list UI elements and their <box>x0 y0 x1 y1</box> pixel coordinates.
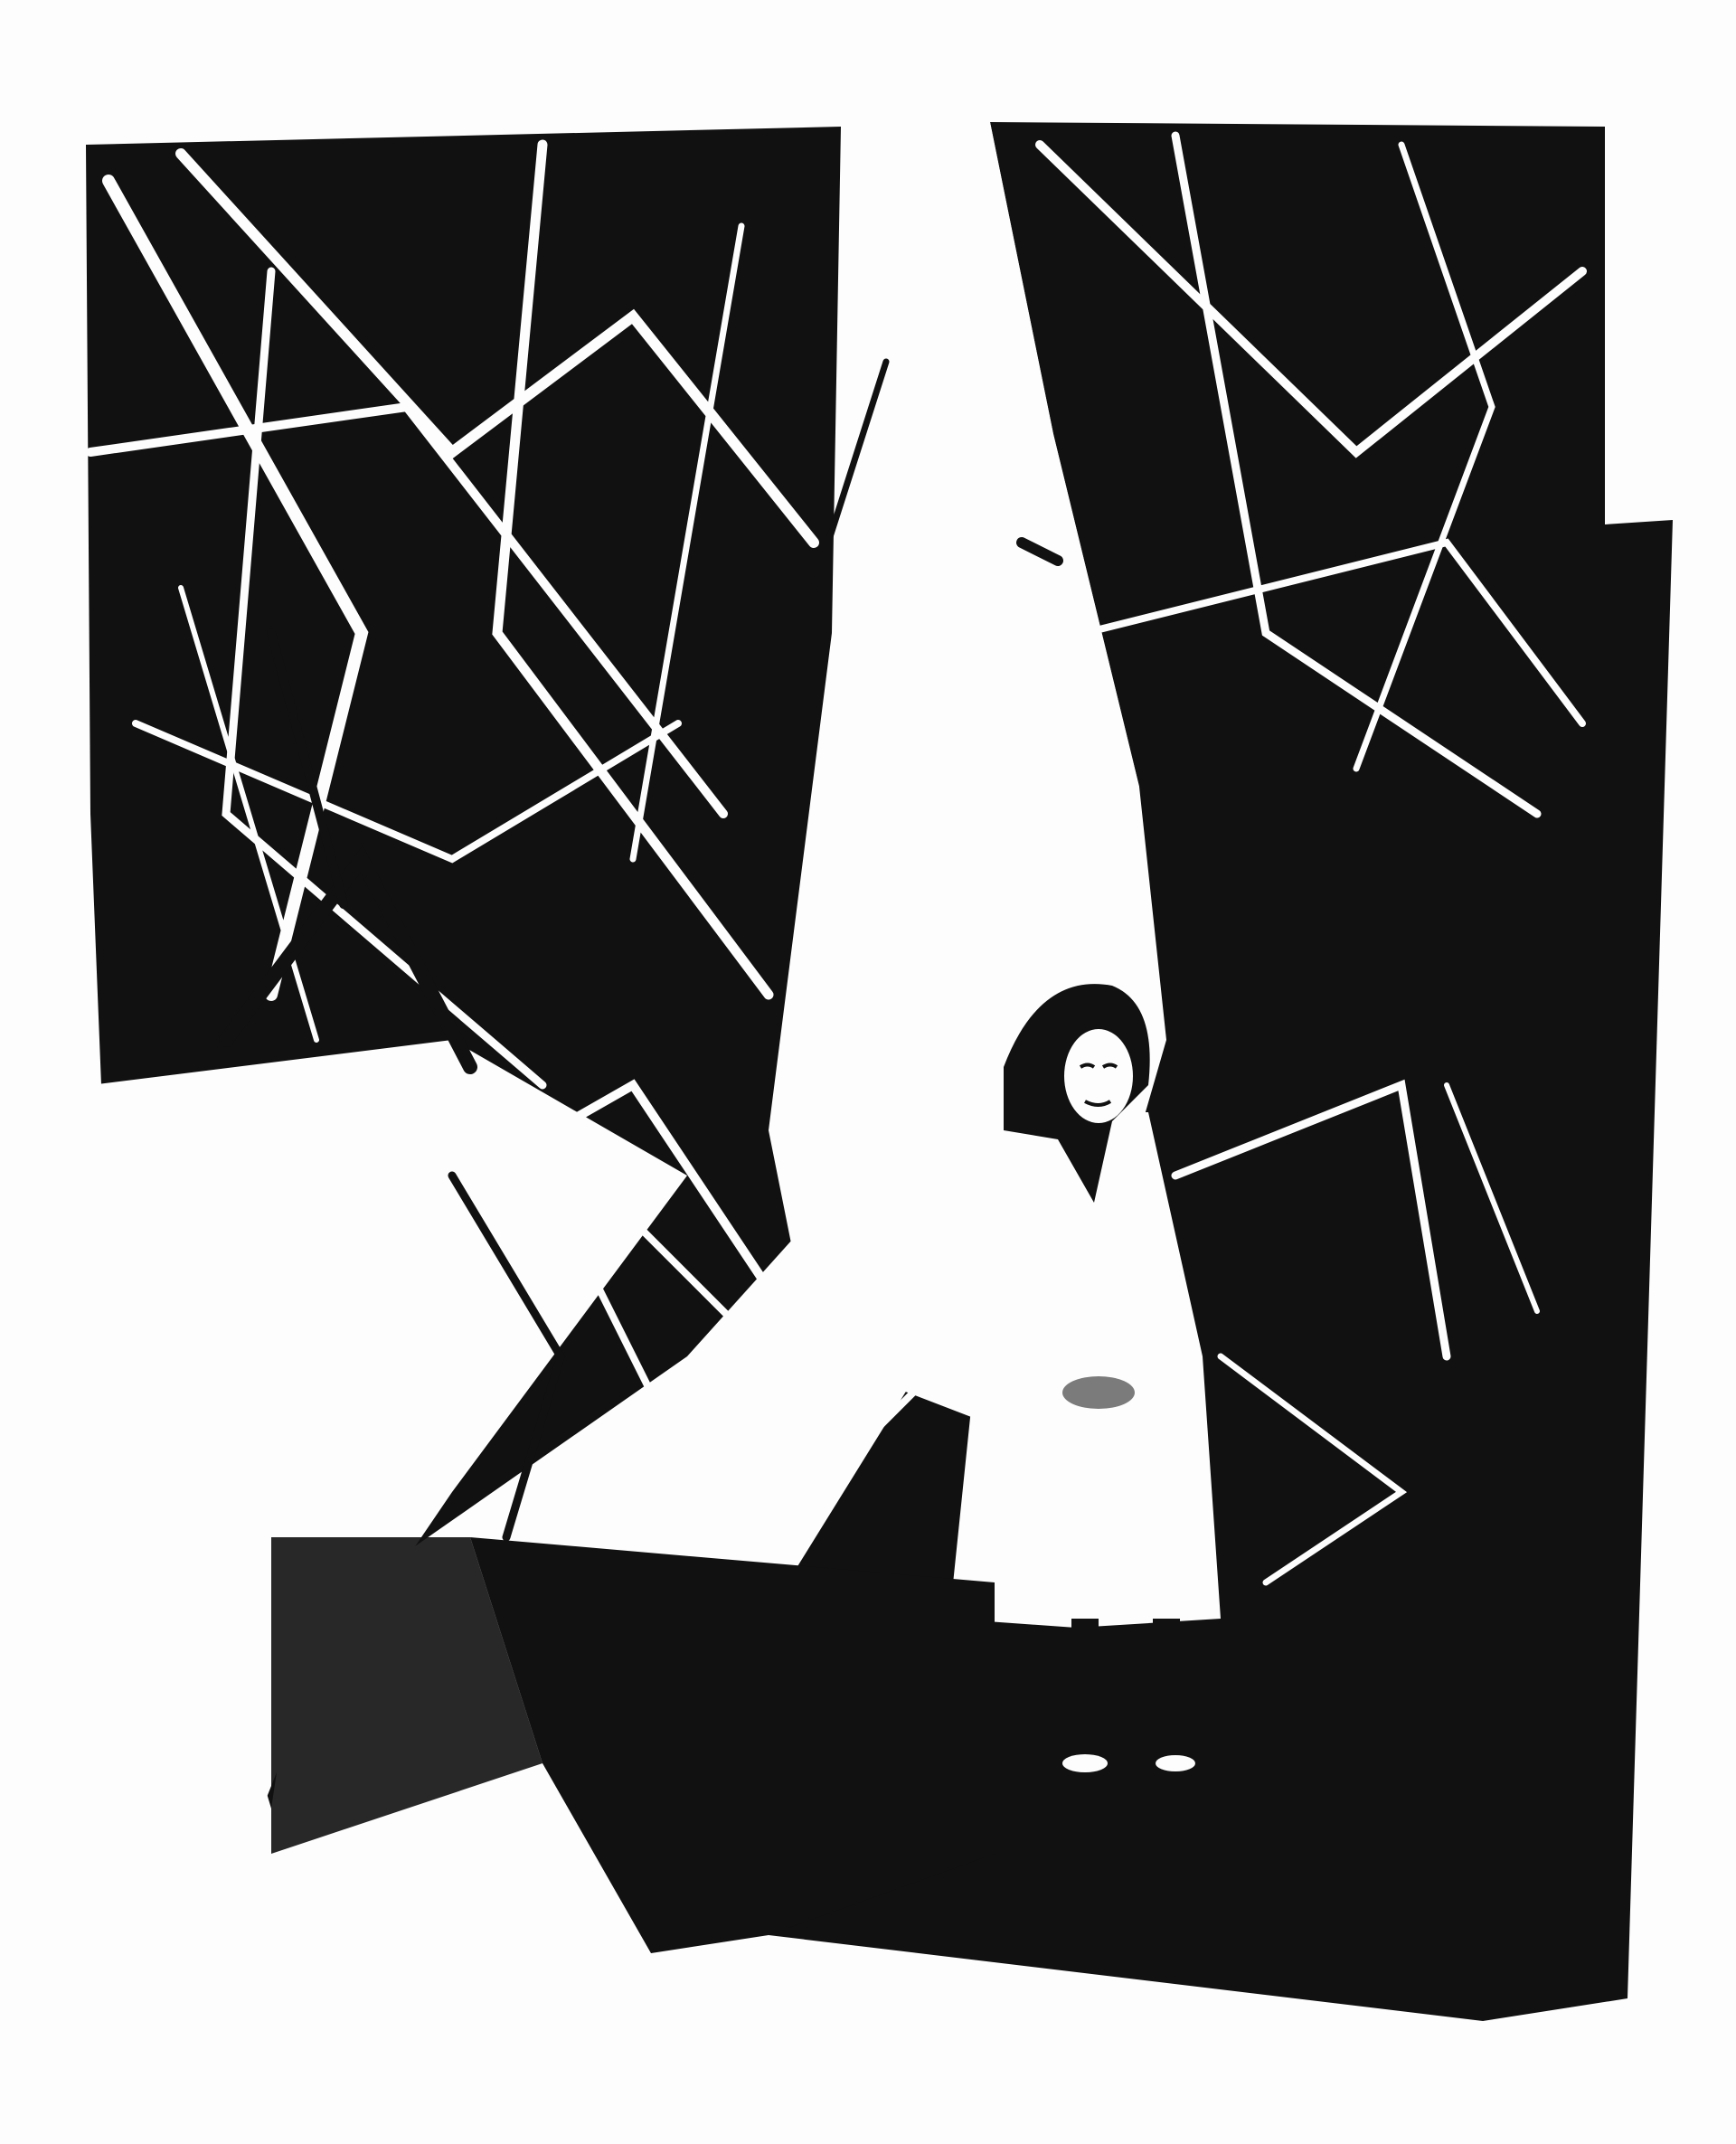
leg-left <box>1071 1619 1099 1754</box>
leg-right <box>1153 1619 1180 1754</box>
ground-shadow <box>271 1537 995 1953</box>
print-artwork <box>0 0 1736 2144</box>
face <box>1064 1029 1133 1123</box>
